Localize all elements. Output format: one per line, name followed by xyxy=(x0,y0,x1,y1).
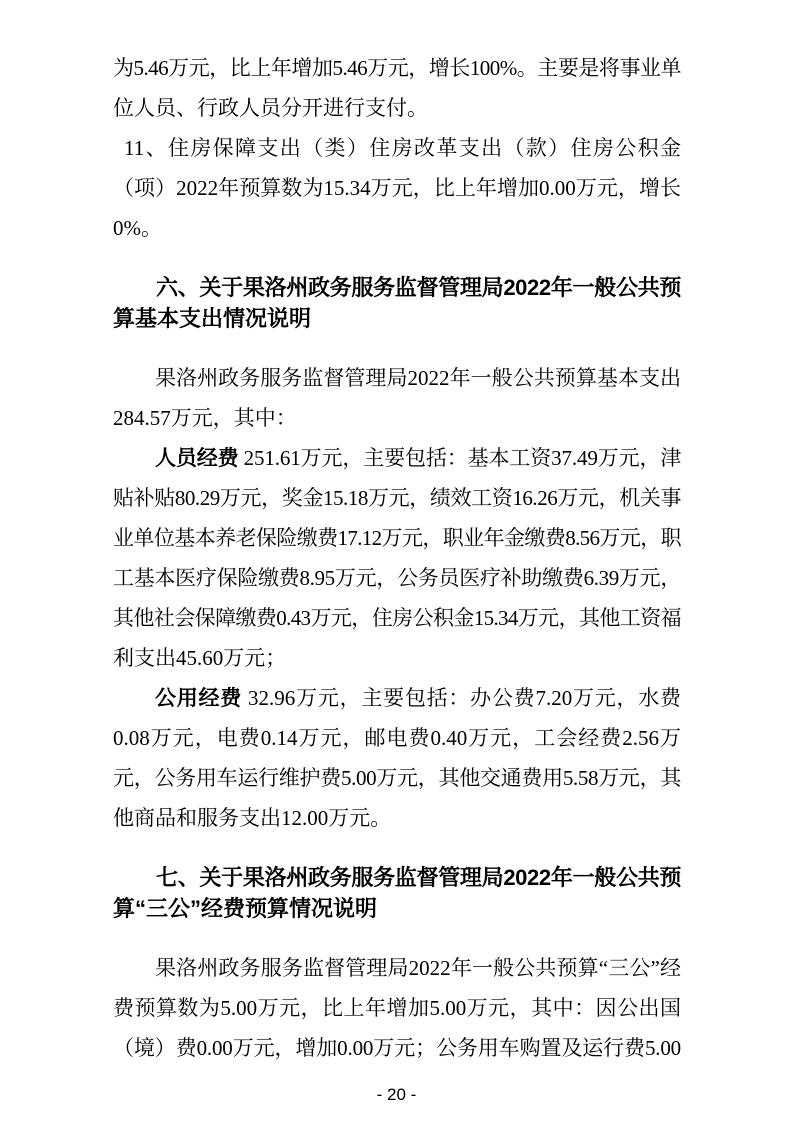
text-line: 位人员、行政人员分开进行支付。 xyxy=(113,88,681,128)
bold-lead: 人员经费 xyxy=(155,446,239,470)
text-line: 工基本医疗保险缴费8.95万元，公务员医疗补助缴费6.39万元， xyxy=(113,558,681,598)
text-line: 贴补贴80.29万元，奖金15.18万元，绩效工资16.26万元，机关事 xyxy=(113,478,681,518)
paragraph-sangong-funds: 果洛州政务服务监督管理局2022年一般公共预算“三公”经 费预算数为5.00万元… xyxy=(113,948,681,1068)
heading-line: 算“三公”经费预算情况说明 xyxy=(113,893,681,924)
paragraph-basic-expenditure: 果洛州政务服务监督管理局2022年一般公共预算基本支出 284.57万元，其中： xyxy=(113,358,681,438)
text-line: 果洛州政务服务监督管理局2022年一般公共预算基本支出 xyxy=(113,358,681,398)
text-line: 人员经费 251.61万元，主要包括：基本工资37.49万元，津 xyxy=(113,438,681,478)
heading-line: 算基本支出情况说明 xyxy=(113,303,681,334)
page: 为5.46万元，比上年增加5.46万元，增长100%。主要是将事业单 位人员、行… xyxy=(0,0,793,1122)
text-line: 其他社会保障缴费0.43万元，住房公积金15.34万元，其他工资福 xyxy=(113,598,681,638)
text-line: 为5.46万元，比上年增加5.46万元，增长100%。主要是将事业单 xyxy=(113,48,681,88)
heading-line: 六、关于果洛州政务服务监督管理局2022年一般公共预 xyxy=(113,272,681,303)
text-line: 公用经费 32.96万元，主要包括：办公费7.20万元，水费 xyxy=(113,678,681,718)
text-line: 0%。 xyxy=(113,208,681,248)
paragraph-housing-payment: 为5.46万元，比上年增加5.46万元，增长100%。主要是将事业单 位人员、行… xyxy=(113,48,681,128)
text-line: 0.08万元，电费0.14万元，邮电费0.40万元，工会经费2.56万 xyxy=(113,718,681,758)
text-line: 11、住房保障支出（类）住房改革支出（款）住房公积金 xyxy=(113,128,681,168)
section-heading-7: 七、关于果洛州政务服务监督管理局2022年一般公共预 算“三公”经费预算情况说明 xyxy=(113,862,681,924)
text-line: 果洛州政务服务监督管理局2022年一般公共预算“三公”经 xyxy=(113,948,681,988)
lead-rest: 32.96万元，主要包括：办公费7.20万元，水费 xyxy=(242,686,681,710)
text-line: 业单位基本养老保险缴费17.12万元，职业年金缴费8.56万元，职 xyxy=(113,518,681,558)
document-content: 为5.46万元，比上年增加5.46万元，增长100%。主要是将事业单 位人员、行… xyxy=(113,48,681,1068)
paragraph-public-funds: 公用经费 32.96万元，主要包括：办公费7.20万元，水费 0.08万元，电费… xyxy=(113,678,681,838)
text-line: 284.57万元，其中： xyxy=(113,398,681,438)
paragraph-personnel-funds: 人员经费 251.61万元，主要包括：基本工资37.49万元，津 贴补贴80.2… xyxy=(113,438,681,678)
page-number: - 20 - xyxy=(0,1078,793,1112)
text-line: 他商品和服务支出12.00万元。 xyxy=(113,798,681,838)
bold-lead: 公用经费 xyxy=(155,686,242,710)
paragraph-item-11: 11、住房保障支出（类）住房改革支出（款）住房公积金 （项）2022年预算数为1… xyxy=(113,128,681,248)
text-line: 元，公务用车运行维护费5.00万元，其他交通费用5.58万元，其 xyxy=(113,758,681,798)
text-line: 费预算数为5.00万元，比上年增加5.00万元，其中：因公出国 xyxy=(113,988,681,1028)
text-line: （项）2022年预算数为15.34万元，比上年增加0.00万元，增长 xyxy=(113,168,681,208)
text-line: 利支出45.60万元； xyxy=(113,638,681,678)
text-line: （境）费0.00万元，增加0.00万元；公务用车购置及运行费5.00 xyxy=(113,1028,681,1068)
heading-line: 七、关于果洛州政务服务监督管理局2022年一般公共预 xyxy=(113,862,681,893)
section-heading-6: 六、关于果洛州政务服务监督管理局2022年一般公共预 算基本支出情况说明 xyxy=(113,272,681,334)
lead-rest: 251.61万元，主要包括：基本工资37.49万元，津 xyxy=(239,446,682,470)
